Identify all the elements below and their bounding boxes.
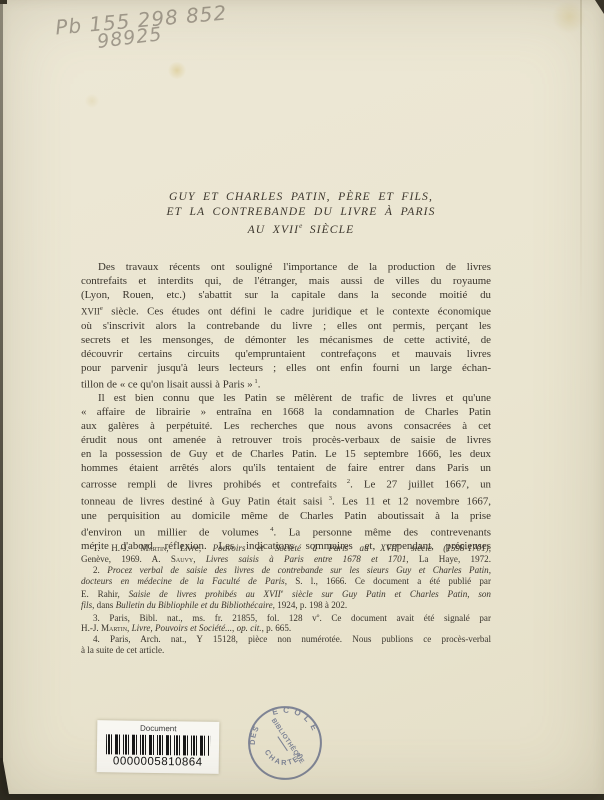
paper-stain	[84, 94, 100, 108]
text-segment: Martin	[140, 543, 166, 553]
text-segment: à la suite de cet article.	[81, 645, 164, 655]
text-line: Genève, 1969. A. Sauvy, Livres saisis à …	[81, 554, 491, 565]
text-segment: siècle sur Guy Patin et Charles Patin, s…	[283, 589, 491, 599]
text-segment: une perquisition au domicile même de Cha…	[81, 510, 491, 522]
text-segment: hommes étaient arrêtés alors qu'ils tent…	[81, 462, 491, 474]
text-segment: Livre, Pouvoirs et Société à Paris au XV…	[180, 543, 397, 553]
text-segment: découvrir certains circuits qu'empruntai…	[81, 348, 491, 360]
text-segment: , La Haye, 1972.	[406, 554, 491, 564]
text-segment: H.-J.	[81, 623, 101, 633]
text-segment: tillon de « ce qu'on lisait aussi à Pari…	[81, 378, 253, 390]
text-segment: Genève, 1969. A.	[81, 554, 171, 564]
text-segment: 3. Paris, Bibl. nat., ms. fr. 21855, fol…	[93, 613, 317, 623]
barcode	[106, 734, 210, 755]
text-line: pour parvenir jusqu'à leurs lecteurs ; e…	[81, 361, 491, 375]
text-segment: aux galères à perpétuité. Les recherches…	[81, 420, 491, 432]
text-segment: GUY ET CHARLES PATIN, PÈRE ET FILS,	[169, 190, 433, 203]
text-segment: Il est bien connu que les Patin se mêlèr…	[98, 392, 491, 404]
text-line: érudit nous ont amenée à retrouver trois…	[81, 433, 491, 447]
text-segment: Sauvy	[171, 554, 193, 564]
scan-edge-left	[0, 0, 3, 800]
text-segment: 4	[259, 526, 274, 533]
text-segment: contrefaits et interdits qui, de l'étran…	[81, 275, 491, 287]
text-line: une perquisition au domicile même de Cha…	[81, 509, 491, 523]
text-segment: tonneau de livres destiné à Guy Patin ét…	[81, 496, 323, 508]
text-line: (Lyon, Rouen, etc.) s'abattit sur la cap…	[81, 288, 491, 302]
text-line: GUY ET CHARLES PATIN, PÈRE ET FILS,	[92, 189, 510, 204]
text-line: fils, dans Bulletin du Bibliophile et du…	[81, 600, 491, 611]
text-line: Des travaux récents ont souligné l'impor…	[81, 260, 491, 274]
scan-corner-bottom-left	[0, 758, 10, 800]
text-line: d'environ un millier de volumes 4. La pe…	[81, 523, 491, 540]
text-line: en la possession de Guy et de Charles Pa…	[81, 447, 491, 461]
text-segment: Saisie de livres prohibés au XVII	[129, 589, 281, 599]
text-segment: ,	[489, 543, 491, 553]
text-segment: pour parvenir jusqu'à leurs lecteurs ; e…	[81, 362, 491, 374]
article-body: Des travaux récents ont souligné l'impor…	[81, 260, 491, 553]
text-segment: en la possession de Guy et de Charles Pa…	[81, 448, 491, 460]
text-segment: 2	[337, 478, 350, 485]
text-segment: érudit nous ont amenée à retrouver trois…	[81, 434, 491, 446]
text-segment: (Lyon, Rouen, etc.) s'abattit sur la cap…	[81, 289, 491, 301]
text-segment: . Ce document avait été signalé par	[319, 613, 491, 623]
text-line: secrets et les mensonges, de démonter le…	[81, 333, 491, 347]
text-segment: fils	[81, 600, 92, 610]
paragraph-2: Il est bien connu que les Patin se mêlèr…	[81, 391, 491, 553]
paper-crease	[580, 0, 582, 320]
text-line: découvrir certains circuits qu'empruntai…	[81, 347, 491, 361]
barcode-label: Document 0000005810864	[97, 720, 220, 774]
scan-corner-top-right	[595, 0, 604, 14]
text-segment: ,	[166, 543, 180, 553]
text-line: XVIIe siècle. Ces études ont défini le c…	[81, 302, 491, 319]
text-segment: 2.	[93, 565, 107, 575]
text-line: tonneau de livres destiné à Guy Patin ét…	[81, 492, 491, 509]
text-segment: siècle (1598-1701)	[400, 543, 489, 553]
text-line: « affaire de librairie » entraîna en 166…	[81, 405, 491, 419]
text-segment: , S. l., 1666. Ce document a été publié …	[285, 576, 491, 586]
text-line: hommes étaient arrêtés alors qu'ils tent…	[81, 461, 491, 475]
text-segment: Bulletin du Bibliophile et du Bibliothéc…	[116, 600, 273, 610]
paragraph-1: Des travaux récents ont souligné l'impor…	[81, 260, 491, 391]
text-segment: XVII	[81, 307, 100, 317]
text-line: aux galères à perpétuité. Les recherches…	[81, 419, 491, 433]
text-segment: . La personne même des contrevenants	[274, 526, 492, 538]
text-segment: 3	[323, 495, 333, 502]
text-segment: op. cit.	[237, 623, 262, 633]
text-segment: , 1924, p. 198 à 202.	[273, 600, 348, 610]
text-line: où s'inscrivit alors la contrebande du l…	[81, 319, 491, 333]
text-line: Il est bien connu que les Patin se mêlèr…	[81, 391, 491, 405]
text-segment: Livre, Pouvoirs et Société...	[132, 623, 232, 633]
text-segment: Livres saisis à Paris entre 1678 et 1701	[206, 554, 406, 564]
paper-stain	[167, 62, 187, 79]
text-segment: d'environ un millier de volumes	[81, 526, 259, 538]
text-segment: docteurs en médecine de la Faculté de Pa…	[81, 576, 285, 586]
text-segment: carrosse rempli de livres prohibés et co…	[81, 479, 337, 491]
text-segment: « affaire de librairie » entraîna en 166…	[81, 406, 491, 418]
text-line: ET LA CONTREBANDE DU LIVRE À PARIS	[92, 204, 510, 219]
text-segment: , dans	[92, 600, 116, 610]
text-segment: 4. Paris, Arch. nat., Y 15128, pièce non…	[93, 634, 491, 644]
text-line: 1. H.-J. Martin, Livre, Pouvoirs et Soci…	[81, 541, 491, 554]
text-segment: Procez verbal de saisie des livres de co…	[107, 565, 491, 575]
text-segment: E. Rahir,	[81, 589, 129, 599]
text-line: contrefaits et interdits qui, de l'étran…	[81, 274, 491, 288]
library-stamp: DES ECOLE CHARTES BIBLIOTHÈQUE	[242, 700, 328, 786]
text-line: AU XVIIe SIÈCLE	[92, 219, 510, 237]
text-line: 3. Paris, Bibl. nat., ms. fr. 21855, fol…	[81, 611, 491, 624]
library-stamp-graphic: DES ECOLE CHARTES BIBLIOTHÈQUE	[242, 700, 328, 786]
text-line: H.-J. Martin, Livre, Pouvoirs et Société…	[81, 623, 491, 634]
article-title: GUY ET CHARLES PATIN, PÈRE ET FILS,ET LA…	[92, 189, 510, 237]
text-line: docteurs en médecine de la Faculté de Pa…	[81, 576, 491, 587]
barcode-number: 0000005810864	[97, 755, 219, 769]
stamp-text-des: DES	[247, 723, 261, 745]
text-segment: Des travaux récents ont souligné l'impor…	[98, 261, 491, 273]
text-line: tillon de « ce qu'on lisait aussi à Pari…	[81, 375, 491, 392]
scan-edge-bottom	[0, 794, 604, 800]
text-segment: SIÈCLE	[302, 223, 354, 236]
scanned-page: Pb 155 298 852 98925 GUY ET CHARLES PATI…	[0, 0, 604, 800]
text-segment: 1. H.-J.	[93, 543, 140, 553]
text-segment: .	[258, 378, 261, 390]
text-segment: secrets et les mensonges, de démonter le…	[81, 334, 491, 346]
text-segment: Martin	[101, 623, 127, 633]
text-line: 2. Procez verbal de saisie des livres de…	[81, 565, 491, 576]
barcode-label-title: Document	[97, 723, 219, 734]
text-segment: , p. 665.	[262, 623, 292, 633]
scan-corner-top-left	[0, 0, 7, 4]
text-segment: où s'inscrivit alors la contrebande du l…	[81, 320, 491, 332]
text-segment: siècle. Ces études ont défini le cadre j…	[103, 306, 491, 318]
text-segment: . Les 11 et 12 novembre 1667,	[332, 496, 491, 508]
text-segment: . Le 27 juillet 1667, un	[350, 479, 491, 491]
text-segment: ET LA CONTREBANDE DU LIVRE À PARIS	[166, 205, 435, 218]
footnotes: 1. H.-J. Martin, Livre, Pouvoirs et Soci…	[81, 541, 491, 656]
text-segment: ,	[193, 554, 206, 564]
text-segment: AU XVII	[248, 223, 299, 236]
text-line: carrosse rempli de livres prohibés et co…	[81, 475, 491, 492]
text-line: E. Rahir, Saisie de livres prohibés au X…	[81, 587, 491, 600]
text-line: à la suite de cet article.	[81, 645, 491, 656]
text-line: 4. Paris, Arch. nat., Y 15128, pièce non…	[81, 634, 491, 645]
